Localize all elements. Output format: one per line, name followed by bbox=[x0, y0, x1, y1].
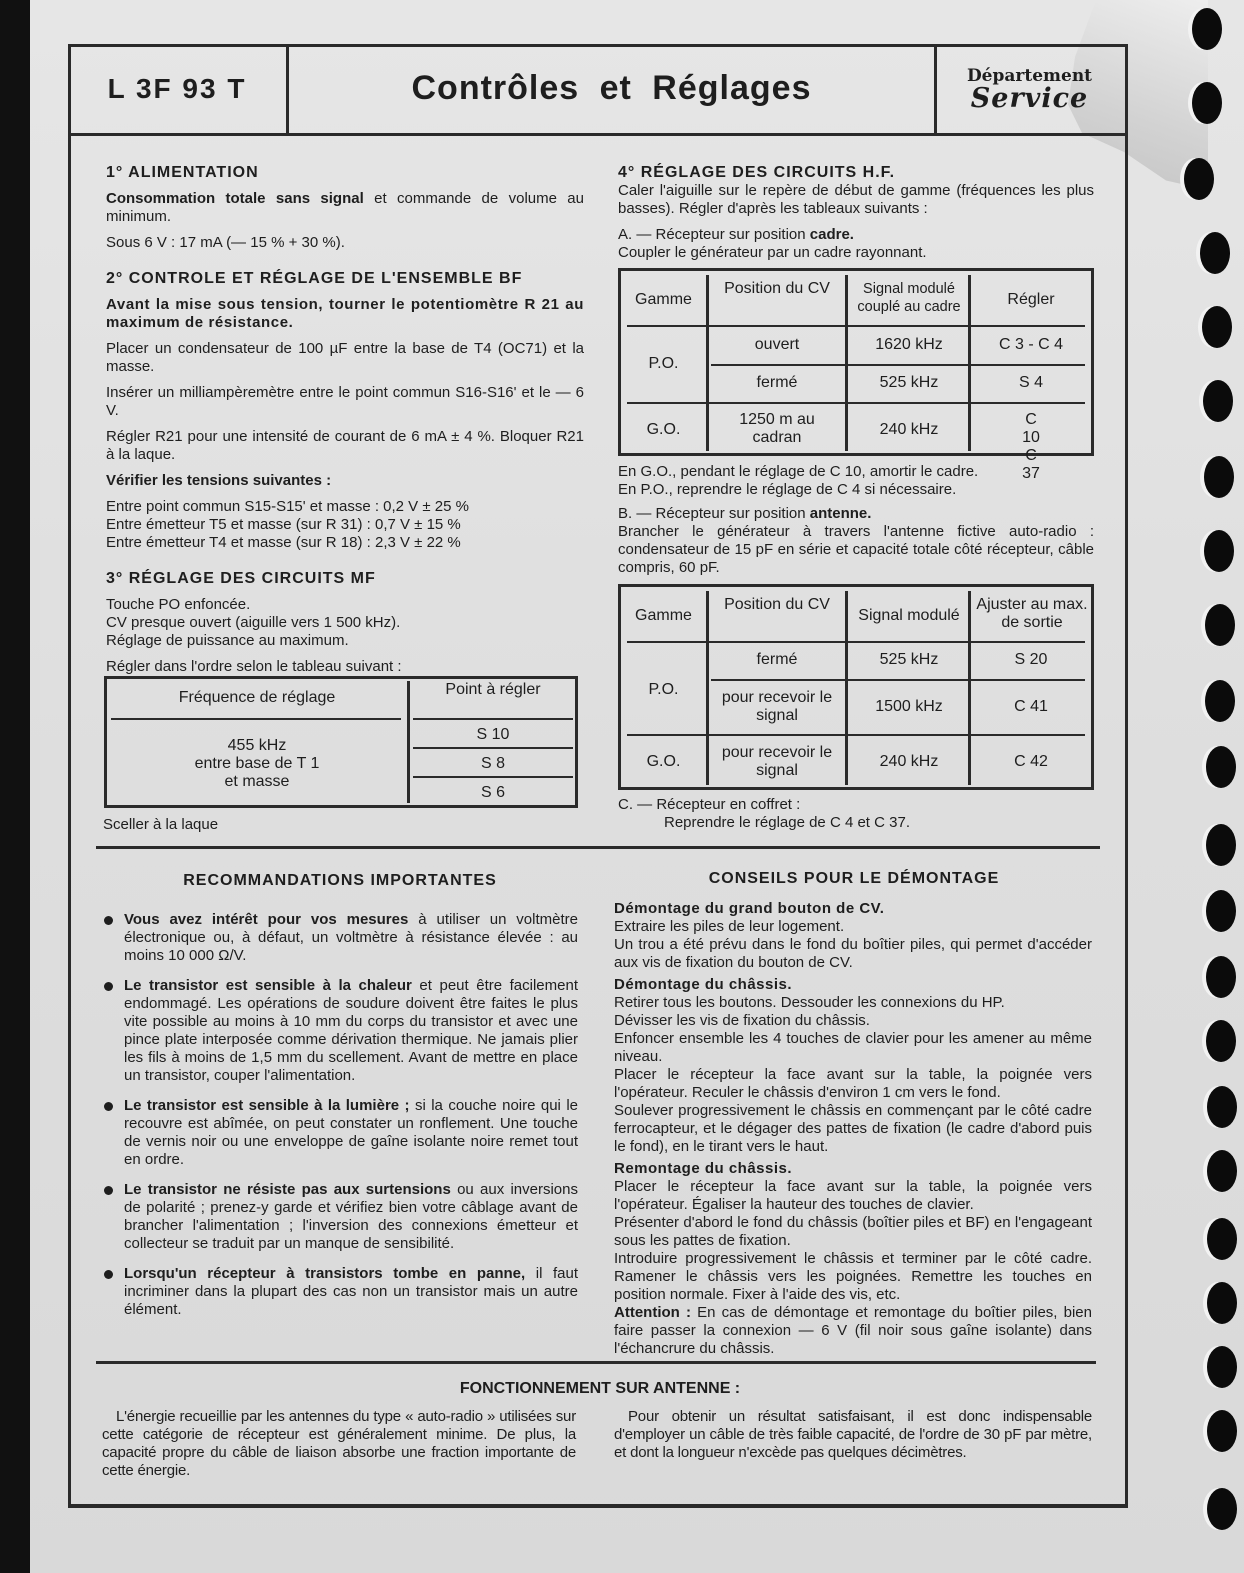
paragraph: Insérer un milliampèremètre entre le poi… bbox=[106, 384, 584, 420]
paragraph: C. — Récepteur en coffret : bbox=[618, 796, 1094, 814]
paragraph: Enfoncer ensemble les 4 touches de clavi… bbox=[614, 1030, 1092, 1066]
bullet-icon bbox=[104, 982, 113, 991]
binder-hole-icon bbox=[1207, 1150, 1237, 1192]
table-cell: ouvert bbox=[713, 336, 841, 354]
table-rule bbox=[413, 718, 573, 720]
bold-text: Consommation totale sans signal bbox=[106, 190, 364, 207]
list-item: Lorsqu'un récepteur à transistors tombe … bbox=[104, 1265, 578, 1319]
text-line: Touche PO enfoncée. bbox=[106, 596, 584, 614]
bullet-icon bbox=[104, 1186, 113, 1195]
section-heading: RECOMMANDATIONS IMPORTANTES bbox=[100, 872, 580, 890]
paragraph: Extraire les piles de leur logement. bbox=[614, 918, 1092, 936]
binder-hole-icon bbox=[1206, 890, 1236, 932]
bold-text: Attention : bbox=[614, 1304, 691, 1321]
table-rule bbox=[627, 402, 1085, 404]
mf-table: Fréquence de réglage Point à régler 455 … bbox=[104, 676, 578, 808]
table-header: Fréquence de réglage bbox=[107, 689, 407, 707]
table-cell: P.O. bbox=[621, 681, 706, 699]
paragraph: Attention : En cas de démontage et remon… bbox=[614, 1304, 1092, 1358]
table-divider bbox=[706, 275, 709, 451]
table-cell: P.O. bbox=[621, 355, 706, 373]
voltage-line: Entre émetteur T5 et masse (sur R 31) : … bbox=[106, 516, 584, 534]
binder-hole-icon bbox=[1203, 380, 1233, 422]
table-divider bbox=[706, 591, 709, 785]
binder-hole-icon bbox=[1204, 456, 1234, 498]
binder-hole-icon bbox=[1206, 824, 1236, 866]
table-rule bbox=[627, 325, 1085, 327]
antenna-right-paragraph: Pour obtenir un résultat satisfaisant, i… bbox=[614, 1408, 1092, 1462]
table-divider bbox=[845, 275, 848, 451]
subheading: Démontage du grand bouton de CV. bbox=[614, 900, 1092, 918]
bold-text: antenne. bbox=[810, 505, 872, 522]
table-cell: C 3 - C 4 bbox=[971, 336, 1091, 354]
bullet-icon bbox=[104, 1270, 113, 1279]
binder-hole-icon bbox=[1207, 1086, 1237, 1128]
table-cell: 1500 kHz bbox=[849, 698, 969, 716]
table-cell: 240 kHz bbox=[849, 421, 969, 439]
cadre-table: Gamme Position du CV Signal modulé coupl… bbox=[618, 268, 1094, 456]
antenna-left-paragraph: L'énergie recueillie par les antennes du… bbox=[102, 1408, 576, 1480]
binder-hole-icon bbox=[1202, 306, 1232, 348]
paragraph: B. — Récepteur sur position antenne. bbox=[618, 505, 1094, 523]
voltage-line: Entre point commun S15-S15' et masse : 0… bbox=[106, 498, 584, 516]
table-cell: S 10 bbox=[410, 726, 576, 744]
table-cell: C 41 bbox=[971, 698, 1091, 716]
table-cell: C 42 bbox=[971, 753, 1091, 771]
table-cell: 525 kHz bbox=[849, 374, 969, 392]
text: B. — Récepteur sur position bbox=[618, 505, 810, 522]
table-cell: G.O. bbox=[621, 421, 706, 439]
paragraph: Soulever progressivement le châssis en c… bbox=[614, 1102, 1092, 1156]
section-bf: 2° CONTROLE ET RÉGLAGE DE L'ENSEMBLE BF … bbox=[106, 270, 584, 552]
table-header: Signal modulé couplé au cadre bbox=[849, 280, 969, 316]
section-hf: 4° RÉGLAGE DES CIRCUITS H.F. Caler l'aig… bbox=[618, 164, 1094, 262]
table-header: Ajuster au max. de sortie bbox=[971, 596, 1093, 632]
binder-hole-icon bbox=[1207, 1410, 1237, 1452]
section-alimentation: 1° ALIMENTATION Consommation totale sans… bbox=[106, 164, 584, 252]
table-header: Régler bbox=[971, 291, 1091, 309]
paragraph: Caler l'aiguille sur le repère de début … bbox=[618, 182, 1094, 218]
table-cell: S 6 bbox=[410, 784, 576, 802]
table-rule bbox=[627, 734, 1085, 736]
bold-text: cadre. bbox=[810, 226, 854, 243]
table-cell: S 8 bbox=[410, 755, 576, 773]
paragraph: Régler R21 pour une intensité de courant… bbox=[106, 428, 584, 464]
section-hf-c: C. — Récepteur en coffret : Reprendre le… bbox=[618, 796, 1094, 832]
binder-hole-icon bbox=[1205, 680, 1235, 722]
voltage-line: Entre émetteur T4 et masse (sur R 18) : … bbox=[106, 534, 584, 552]
paragraph: Placer un condensateur de 100 µF entre l… bbox=[106, 340, 584, 376]
binder-hole-icon bbox=[1204, 530, 1234, 572]
recommendations-list: Vous avez intérêt pour vos mesures à uti… bbox=[104, 902, 578, 1319]
section-heading: 4° RÉGLAGE DES CIRCUITS H.F. bbox=[618, 164, 1094, 182]
department-logo: Département Service bbox=[937, 44, 1122, 133]
table-cell: 1620 kHz bbox=[849, 336, 969, 354]
table-rule bbox=[413, 747, 573, 749]
text-line: Réglage de puissance au maximum. bbox=[106, 632, 584, 650]
bold-text: Vous avez intérêt pour vos mesures bbox=[124, 911, 408, 928]
section-divider bbox=[96, 1361, 1096, 1364]
mf-footer: Sceller à la laque bbox=[103, 816, 218, 834]
section-mf: 3° RÉGLAGE DES CIRCUITS MF Touche PO enf… bbox=[106, 570, 584, 676]
section-heading: 1° ALIMENTATION bbox=[106, 164, 584, 182]
paragraph: Coupler le générateur par un cadre rayon… bbox=[618, 244, 1094, 262]
subheading: Démontage du châssis. bbox=[614, 976, 1092, 994]
section-divider bbox=[96, 846, 1100, 849]
binder-hole-icon bbox=[1206, 1020, 1236, 1062]
bullet-icon bbox=[104, 1102, 113, 1111]
table-cell: 1250 m au cadran bbox=[725, 411, 829, 447]
table-header: Gamme bbox=[621, 291, 706, 309]
binder-hole-icon bbox=[1205, 604, 1235, 646]
freq-value: 455 kHz bbox=[107, 737, 407, 755]
service-label: Service bbox=[937, 86, 1122, 112]
binder-hole-icon bbox=[1184, 158, 1214, 200]
note-line: En P.O., reprendre le réglage de C 4 si … bbox=[618, 481, 1094, 499]
paragraph: Consommation totale sans signal et comma… bbox=[106, 190, 584, 226]
section-heading: CONSEILS POUR LE DÉMONTAGE bbox=[614, 870, 1094, 888]
table-rule bbox=[711, 679, 1085, 681]
table-cell: 525 kHz bbox=[849, 651, 969, 669]
binder-hole-icon bbox=[1206, 746, 1236, 788]
binder-hole-icon bbox=[1207, 1346, 1237, 1388]
paragraph: Retirer tous les boutons. Dessouder les … bbox=[614, 994, 1092, 1012]
paragraph: Avant la mise sous tension, tourner le p… bbox=[106, 296, 584, 332]
table-header: Gamme bbox=[621, 607, 706, 625]
table-cell: pour recevoir le signal bbox=[721, 689, 833, 725]
table-cell: 240 kHz bbox=[849, 753, 969, 771]
binder-hole-icon bbox=[1192, 82, 1222, 124]
bold-text: Le transistor est sensible à la lumière … bbox=[124, 1097, 410, 1114]
subheading: Remontage du châssis. bbox=[614, 1160, 1092, 1178]
paragraph: Placer le récepteur la face avant sur la… bbox=[614, 1178, 1092, 1214]
table-cell: pour recevoir le signal bbox=[721, 744, 833, 780]
binder-hole-icon bbox=[1207, 1488, 1237, 1530]
list-item: Vous avez intérêt pour vos mesures à uti… bbox=[104, 911, 578, 965]
binder-hole-icon bbox=[1200, 232, 1230, 274]
table-rule bbox=[711, 364, 1085, 366]
binder-hole-icon bbox=[1206, 956, 1236, 998]
list-item: Le transistor est sensible à la lumière … bbox=[104, 1097, 578, 1169]
text: A. — Récepteur sur position bbox=[618, 226, 810, 243]
paragraph: A. — Récepteur sur position cadre. bbox=[618, 226, 1094, 244]
freq-note: entre base de T 1 bbox=[107, 755, 407, 773]
table-header: Position du CV bbox=[713, 596, 841, 614]
binder-hole-icon bbox=[1207, 1282, 1237, 1324]
table-cell: 455 kHz entre base de T 1 et masse bbox=[107, 737, 407, 791]
bold-text: Lorsqu'un récepteur à transistors tombe … bbox=[124, 1265, 525, 1282]
paragraph: Sous 6 V : 17 mA (— 15 % + 30 %). bbox=[106, 234, 584, 252]
list-item: Le transistor est sensible à la chaleur … bbox=[104, 977, 578, 1085]
bullet-icon bbox=[104, 916, 113, 925]
section-hf-b: En G.O., pendant le réglage de C 10, amo… bbox=[618, 463, 1094, 577]
paragraph: Placer le récepteur la face avant sur la… bbox=[614, 1066, 1092, 1102]
antenne-table: Gamme Position du CV Signal modulé Ajust… bbox=[618, 584, 1094, 790]
section-heading: FONCTIONNEMENT SUR ANTENNE : bbox=[100, 1380, 1100, 1398]
list-item: Le transistor ne résiste pas aux surtens… bbox=[104, 1181, 578, 1253]
scan-left-edge bbox=[0, 0, 30, 1573]
table-cell: fermé bbox=[713, 651, 841, 669]
bold-text: Le transistor est sensible à la chaleur bbox=[124, 977, 412, 994]
binder-hole-icon bbox=[1207, 1218, 1237, 1260]
left-column: 1° ALIMENTATION Consommation totale sans… bbox=[106, 164, 584, 676]
table-rule bbox=[627, 641, 1085, 643]
binder-hole-icon bbox=[1192, 8, 1222, 50]
table-rule bbox=[413, 776, 573, 778]
paragraph: Introduire progressivement le châssis et… bbox=[614, 1250, 1092, 1304]
paragraph: Un trou a été prévu dans le fond du boît… bbox=[614, 936, 1092, 972]
subheading: Vérifier les tensions suivantes : bbox=[106, 472, 584, 490]
model-number: L 3F 93 T bbox=[68, 44, 289, 133]
paragraph: Reprendre le réglage de C 4 et C 37. bbox=[618, 814, 1094, 832]
table-cell: S 20 bbox=[971, 651, 1091, 669]
table-header: Signal modulé bbox=[849, 607, 969, 625]
paragraph: Dévisser les vis de fixation du châssis. bbox=[614, 1012, 1092, 1030]
table-divider bbox=[845, 591, 848, 785]
freq-note: et masse bbox=[107, 773, 407, 791]
page-title: Contrôles et Réglages bbox=[289, 44, 937, 133]
section-heading: 2° CONTROLE ET RÉGLAGE DE L'ENSEMBLE BF bbox=[106, 270, 584, 288]
bold-text: Le transistor ne résiste pas aux surtens… bbox=[124, 1181, 451, 1198]
table-header: Point à régler bbox=[410, 681, 576, 699]
section-heading: 3° RÉGLAGE DES CIRCUITS MF bbox=[106, 570, 584, 588]
table-rule bbox=[111, 718, 401, 720]
text-line: Régler dans l'ordre selon le tableau sui… bbox=[106, 658, 584, 676]
table-header: Position du CV bbox=[713, 280, 841, 298]
table-cell: S 4 bbox=[971, 374, 1091, 392]
note-line: En G.O., pendant le réglage de C 10, amo… bbox=[618, 463, 1094, 481]
table-cell: G.O. bbox=[621, 753, 706, 771]
page-header: L 3F 93 T Contrôles et Réglages Départem… bbox=[68, 44, 1128, 136]
table-cell: fermé bbox=[713, 374, 841, 392]
paragraph: Présenter d'abord le fond du châssis (bo… bbox=[614, 1214, 1092, 1250]
disassembly-section: Démontage du grand bouton de CV. Extrair… bbox=[614, 900, 1092, 1358]
text-line: CV presque ouvert (aiguille vers 1 500 k… bbox=[106, 614, 584, 632]
paragraph: Brancher le générateur à travers l'anten… bbox=[618, 523, 1094, 577]
